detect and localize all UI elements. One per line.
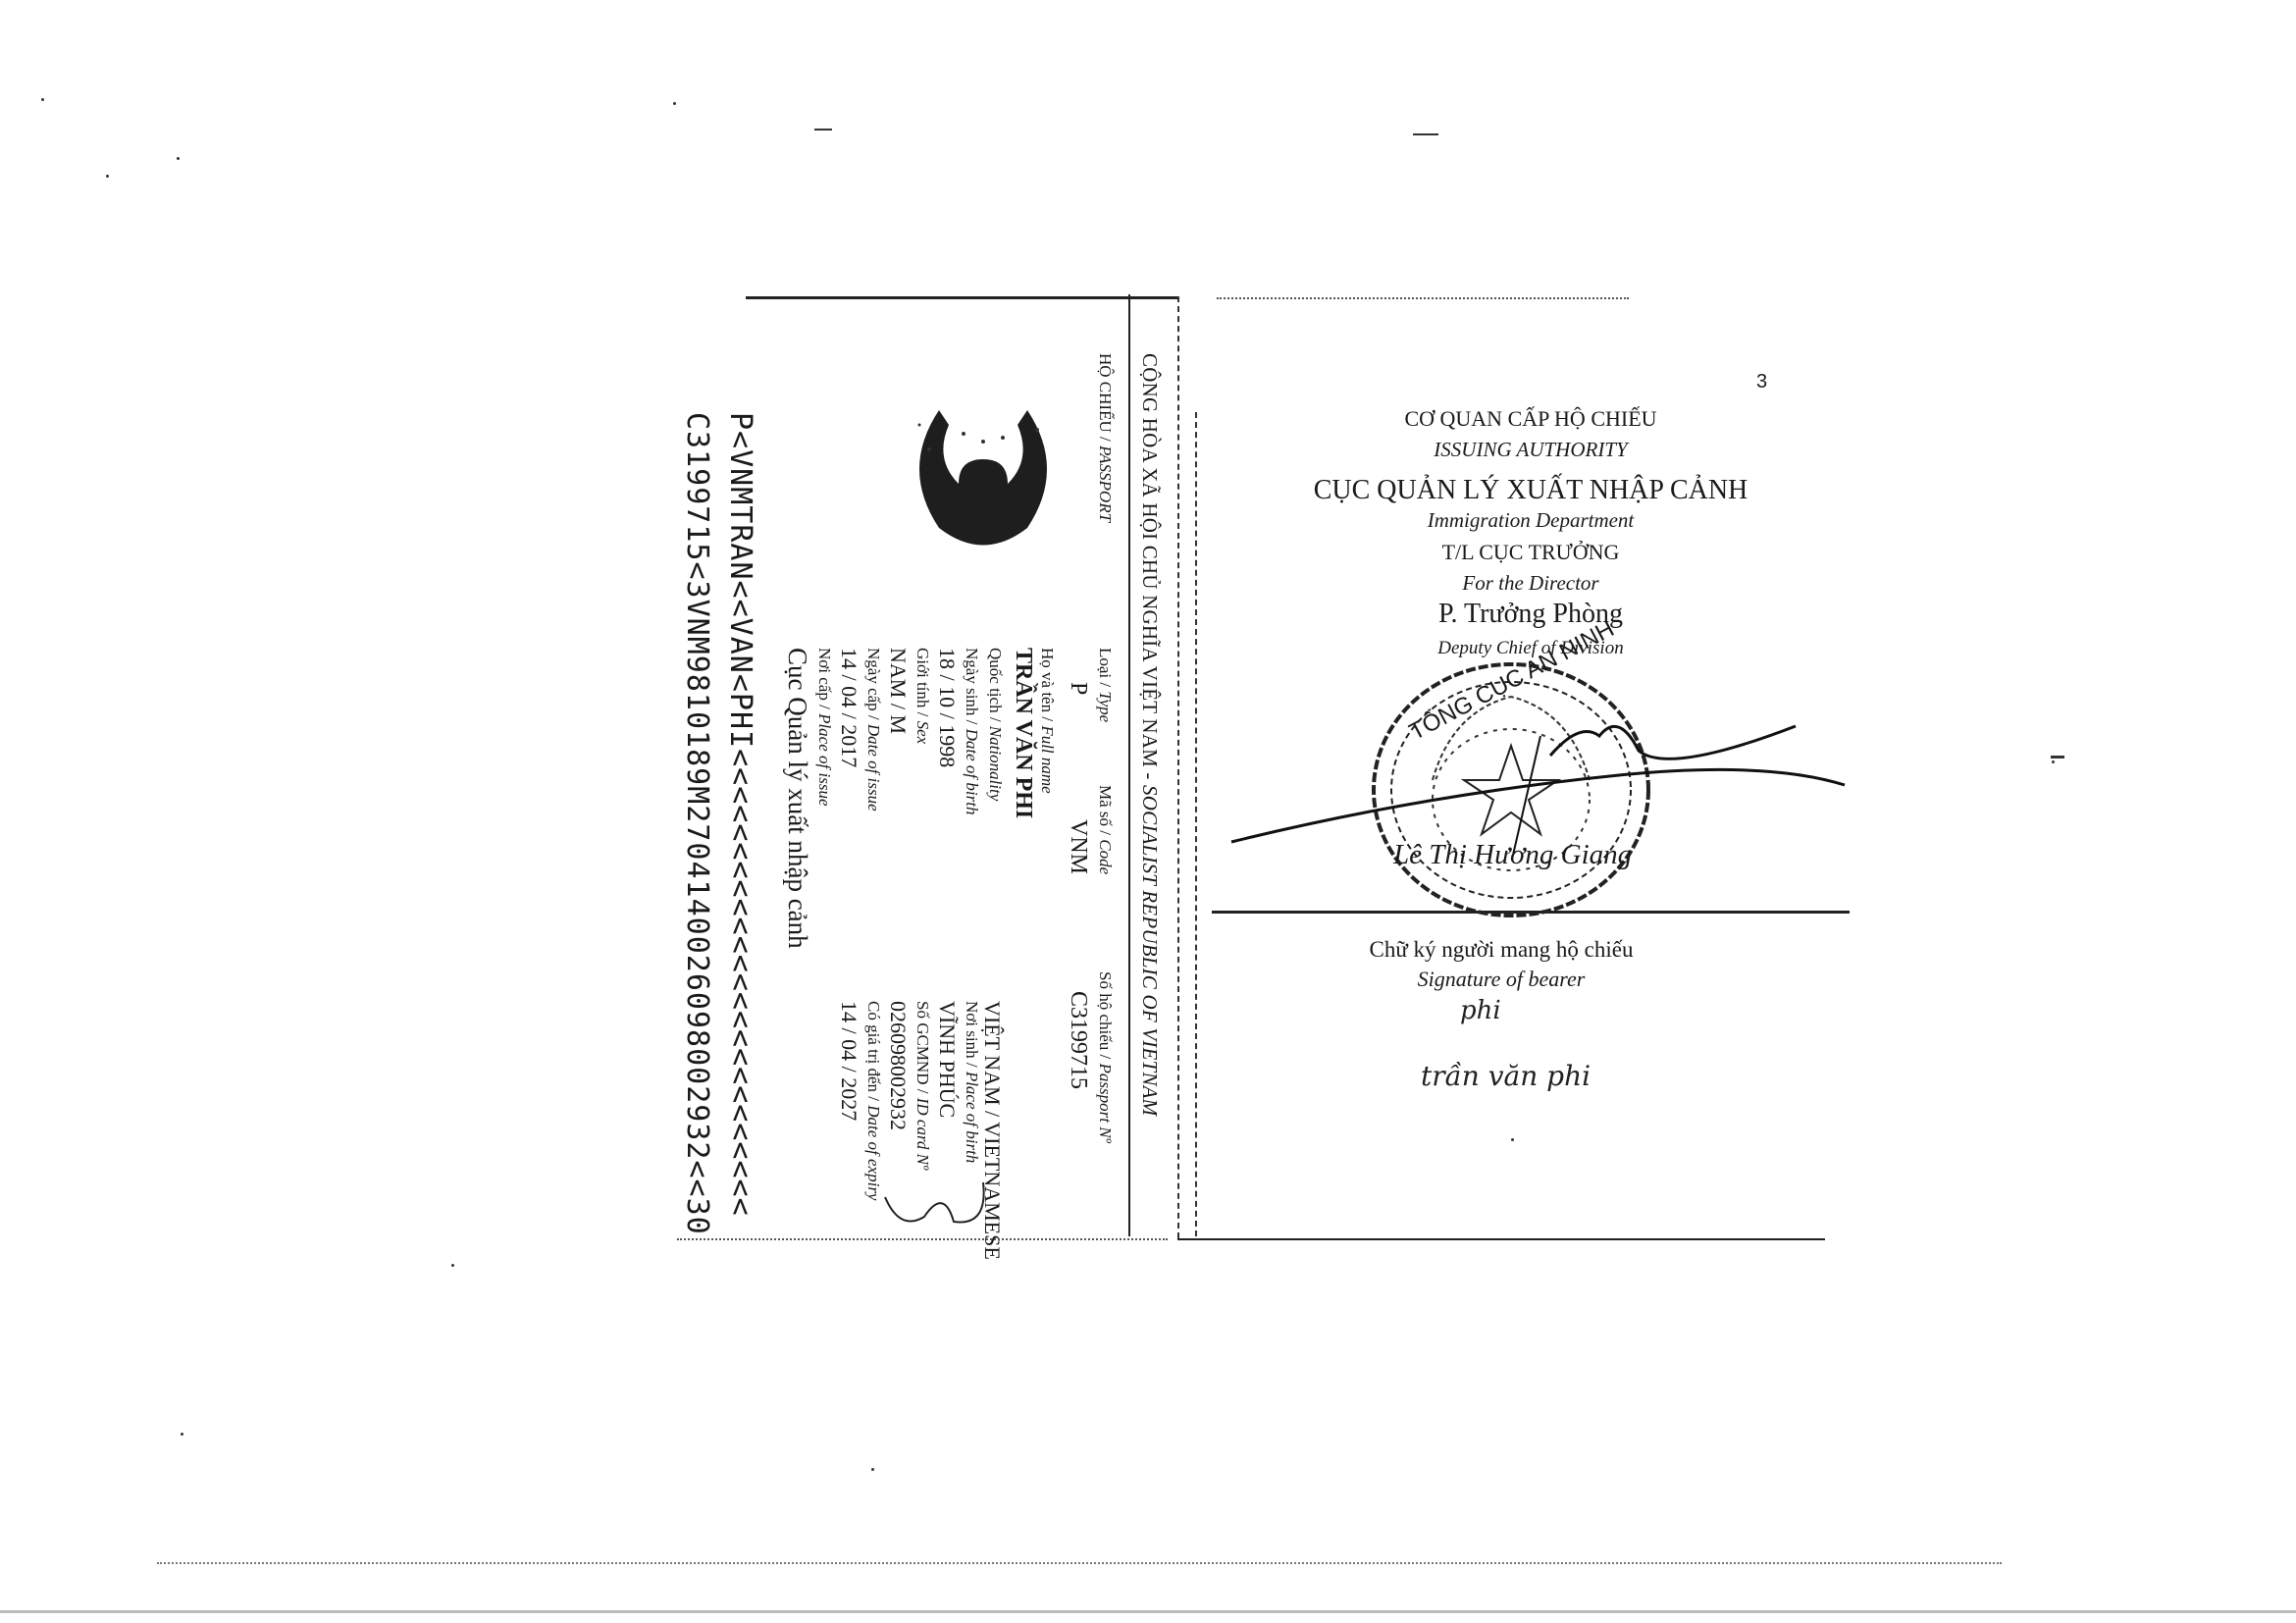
nationality-label-en: Nationality [986, 726, 1005, 802]
scan-speck [2052, 760, 2055, 763]
place-of-issue-label: Nơi cấp / Place of issue [814, 648, 834, 806]
scan-speck [1511, 1138, 1514, 1141]
code-label-en: Code [1096, 839, 1115, 874]
id-card-label: Số GCMND / ID card Nº [913, 1001, 932, 1170]
type-label-en: Type [1096, 691, 1115, 722]
header-rule [1128, 294, 1130, 1236]
pob-label: Nơi sinh / Place of birth [962, 1001, 981, 1163]
dob-label: Ngày sinh / Date of birth [962, 648, 981, 814]
scan-speck [106, 175, 109, 178]
portrait-photo-icon [910, 391, 1057, 548]
place-of-issue-label-vi: Nơi cấp / [815, 648, 834, 713]
scan-mark [1413, 133, 1438, 135]
country-header-en: SOCIALIST REPUBLIC OF VIETNAM [1138, 785, 1162, 1116]
nationality-label: Quốc tịch / Nationality [985, 648, 1005, 801]
dob-label-en: Date of birth [963, 729, 981, 815]
scan-mark [2051, 756, 2064, 759]
type-label-vi: Loại / [1096, 648, 1115, 691]
full-name-value: TRẦN VĂN PHI [1010, 648, 1036, 818]
mrz-line-1: P<VNMTRAN<<VAN<PHI<<<<<<<<<<<<<<<<<<<<<<… [723, 412, 757, 1217]
observation-page-top-edge [1217, 297, 1629, 299]
scan-mark [814, 129, 832, 131]
country-header-vi: CỘNG HÒA XÃ HỘI CHỦ NGHĨA VIỆT NAM - [1138, 353, 1162, 785]
type-value: P [1065, 682, 1091, 695]
page-number: 3 [1756, 371, 1767, 393]
code-label: Mã số / Code [1095, 785, 1115, 874]
department-en: Immigration Department [1285, 508, 1776, 533]
for-director-en: For the Director [1285, 571, 1776, 596]
bearer-signature-short: phi [1460, 996, 1501, 1025]
expiry-date-value: 14 / 04 / 2027 [836, 1001, 861, 1121]
data-page-top-border [746, 296, 1177, 299]
official-signature-icon [1226, 716, 1864, 854]
dob-value: 18 / 10 / 1998 [934, 648, 960, 767]
pob-label-en: Place of birth [963, 1072, 981, 1163]
expiry-date-label: Có giá trị đến / Date of expiry [863, 1001, 883, 1200]
nationality-label-vi: Quốc tịch / [986, 648, 1005, 726]
bearer-signature-label-en: Signature of bearer [1334, 967, 1668, 992]
page-fold-line-2 [1195, 412, 1197, 1236]
observation-page-bottom-border [1177, 1238, 1825, 1240]
sex-value: NAM / M [885, 648, 911, 734]
page-fold-line [1177, 296, 1179, 1238]
issue-date-label: Ngày cấp / Date of issue [863, 648, 883, 811]
scan-speck [181, 1433, 183, 1436]
bearer-signature-full: trần văn phi [1421, 1060, 1591, 1092]
department-vi: CỤC QUẢN LÝ XUẤT NHẬP CẢNH [1236, 475, 1825, 506]
passport-number-label-en: Passport Nº [1096, 1064, 1115, 1143]
code-label-vi: Mã số / [1096, 785, 1115, 839]
type-label: Loại / Type [1095, 648, 1115, 722]
id-card-value: 026098002932 [885, 1001, 911, 1130]
pob-label-vi: Nơi sinh / [963, 1001, 981, 1072]
scan-band [157, 1562, 2002, 1564]
scan-speck [871, 1468, 874, 1471]
document-title-en: PASSPORT [1096, 445, 1115, 522]
stamp-scribble-icon [875, 1178, 993, 1236]
full-name-label: Họ và tên / Full name [1037, 648, 1057, 794]
document-title: HỘ CHIẾU / PASSPORT [1095, 353, 1115, 522]
scan-speck [41, 98, 44, 101]
expiry-date-label-vi: Có giá trị đến / [864, 1001, 883, 1105]
scan-speck [451, 1264, 454, 1267]
scan-speck [673, 102, 676, 105]
issue-date-value: 14 / 04 / 2017 [836, 648, 861, 767]
issue-date-label-vi: Ngày cấp / [864, 648, 883, 724]
official-title-vi: P. Trưởng Phòng [1285, 599, 1776, 630]
official-name: Lê Thị Hương Giang [1393, 839, 1632, 871]
passport-data-page: CỘNG HÒA XÃ HỘI CHỦ NGHĨA VIỆT NAM - SOC… [561, 294, 1189, 1236]
code-value: VNM [1065, 819, 1091, 874]
country-header: CỘNG HÒA XÃ HỘI CHỦ NGHĨA VIỆT NAM - SOC… [1137, 353, 1162, 1116]
issue-date-label-en: Date of issue [864, 724, 883, 811]
signature-divider [1212, 911, 1850, 914]
issuing-authority-en: ISSUING AUTHORITY [1285, 438, 1776, 462]
for-director-vi: T/L CỤC TRƯỞNG [1285, 540, 1776, 565]
sex-label: Giới tính / Sex [913, 648, 932, 744]
place-of-issue-label-en: Place of issue [815, 713, 834, 806]
document-title-vi: HỘ CHIẾU / [1096, 353, 1115, 445]
passport-number-label: Số hộ chiếu / Passport Nº [1095, 971, 1115, 1143]
sex-label-vi: Giới tính / [913, 648, 932, 721]
id-card-label-vi: Số GCMND / [913, 1001, 932, 1098]
id-card-label-en: ID card Nº [913, 1098, 932, 1171]
bearer-signature-label-vi: Chữ ký người mang hộ chiếu [1334, 937, 1668, 963]
dob-label-vi: Ngày sinh / [963, 648, 981, 729]
issuing-authority-vi: CƠ QUAN CẤP HỘ CHIẾU [1285, 406, 1776, 432]
scan-edge [0, 1610, 2296, 1613]
scan-speck [177, 157, 180, 160]
mrz-line-2: C3199715<3VNM9810189M2704140026098002932… [680, 412, 714, 1235]
pob-value: VĨNH PHÚC [934, 1001, 960, 1118]
full-name-label-en: Full name [1038, 725, 1057, 793]
full-name-label-vi: Họ và tên / [1038, 648, 1057, 725]
place-of-issue-value: Cục Quản lý xuất nhập cảnh [782, 648, 812, 949]
passport-number-label-vi: Số hộ chiếu / [1096, 971, 1115, 1064]
passport-number-value: C3199715 [1065, 991, 1091, 1089]
data-page-bottom-border [677, 1238, 1168, 1240]
sex-label-en: Sex [913, 721, 932, 745]
